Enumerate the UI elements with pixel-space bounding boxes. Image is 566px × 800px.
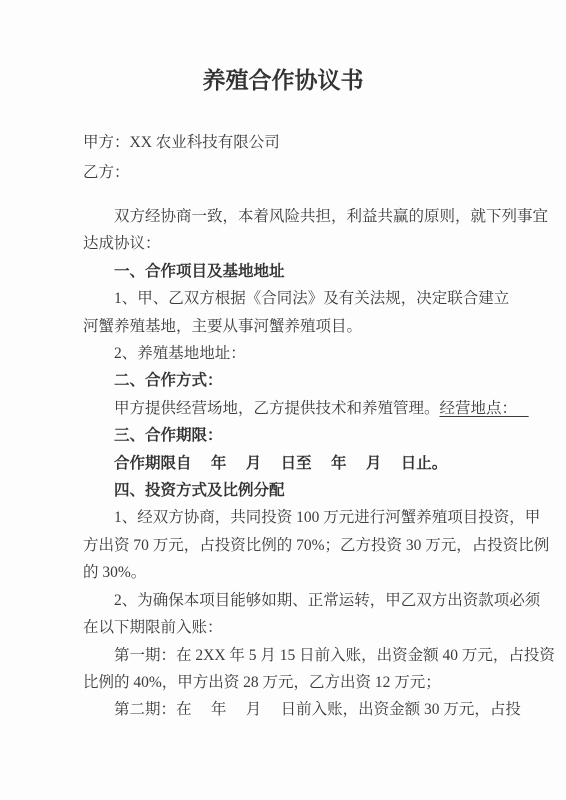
doc-line-clause-1-1-cont: 河蟹养殖基地，主要从事河蟹养殖项目。 bbox=[83, 313, 523, 340]
section-4-heading: 四、投资方式及比例分配 bbox=[83, 477, 523, 504]
doc-line-term-blanks: 合作期限自 年 月 日至 年 月 日止。 bbox=[83, 450, 523, 477]
doc-line-preamble-cont: 达成协议： bbox=[83, 230, 523, 257]
document-page: 养殖合作协议书 甲方：XX 农业科技有限公司 乙方： 双方经协商一致，本着风险共… bbox=[0, 0, 566, 800]
doc-line-phase-1-cont: 比例的 40%，甲方出资 28 万元，乙方出资 12 万元； bbox=[83, 669, 523, 696]
doc-line-phase-1: 第一期：在 2XX 年 5 月 15 日前入账，出资金额 40 万元，占投资 bbox=[83, 642, 523, 669]
section-3-heading: 三、合作期限： bbox=[83, 422, 523, 449]
doc-line-clause-4-1-cont: 方出资 70 万元，占投资比例的 70%；乙方投资 30 万元，占投资比例 bbox=[83, 532, 523, 559]
doc-line-preamble: 双方经协商一致，本着风险共担，利益共赢的原则，就下列事宜 bbox=[83, 203, 523, 230]
doc-line-clause-4-2: 2、为确保本项目能够如期、正常运转，甲乙双方出资款项必须 bbox=[83, 587, 523, 614]
fill-in-blank-location: 经营地点： bbox=[440, 400, 529, 417]
document-title: 养殖合作协议书 bbox=[0, 62, 566, 95]
section-1-heading: 一、合作项目及基地地址 bbox=[83, 258, 523, 285]
party-a-line: 甲方：XX 农业科技有限公司 bbox=[83, 128, 506, 158]
document-body: 双方经协商一致，本着风险共担，利益共赢的原则，就下列事宜 达成协议： 一、合作项… bbox=[83, 203, 523, 724]
doc-line-clause-2-1: 甲方提供经营场地，乙方提供技术和养殖管理。经营地点： bbox=[83, 395, 523, 422]
doc-line-clause-4-1-end: 的 30%。 bbox=[83, 559, 523, 586]
doc-line-clause-1-1: 1、甲、乙双方根据《合同法》及有关法规，决定联合建立 bbox=[83, 285, 523, 312]
section-2-heading: 二、合作方式： bbox=[83, 367, 523, 394]
doc-line-clause-1-2: 2、养殖基地地址： bbox=[83, 340, 523, 367]
parties-block: 甲方：XX 农业科技有限公司 乙方： bbox=[83, 128, 506, 188]
doc-line-clause-4-2-cont: 在以下期限前入账： bbox=[83, 614, 523, 641]
clause-2-text: 甲方提供经营场地，乙方提供技术和养殖管理。 bbox=[114, 400, 440, 417]
party-b-line: 乙方： bbox=[83, 158, 506, 188]
doc-line-phase-2: 第二期：在 年 月 日前入账，出资金额 30 万元，占投 bbox=[83, 696, 523, 723]
doc-line-clause-4-1: 1、经双方协商，共同投资 100 万元进行河蟹养殖项目投资，甲 bbox=[83, 504, 523, 531]
